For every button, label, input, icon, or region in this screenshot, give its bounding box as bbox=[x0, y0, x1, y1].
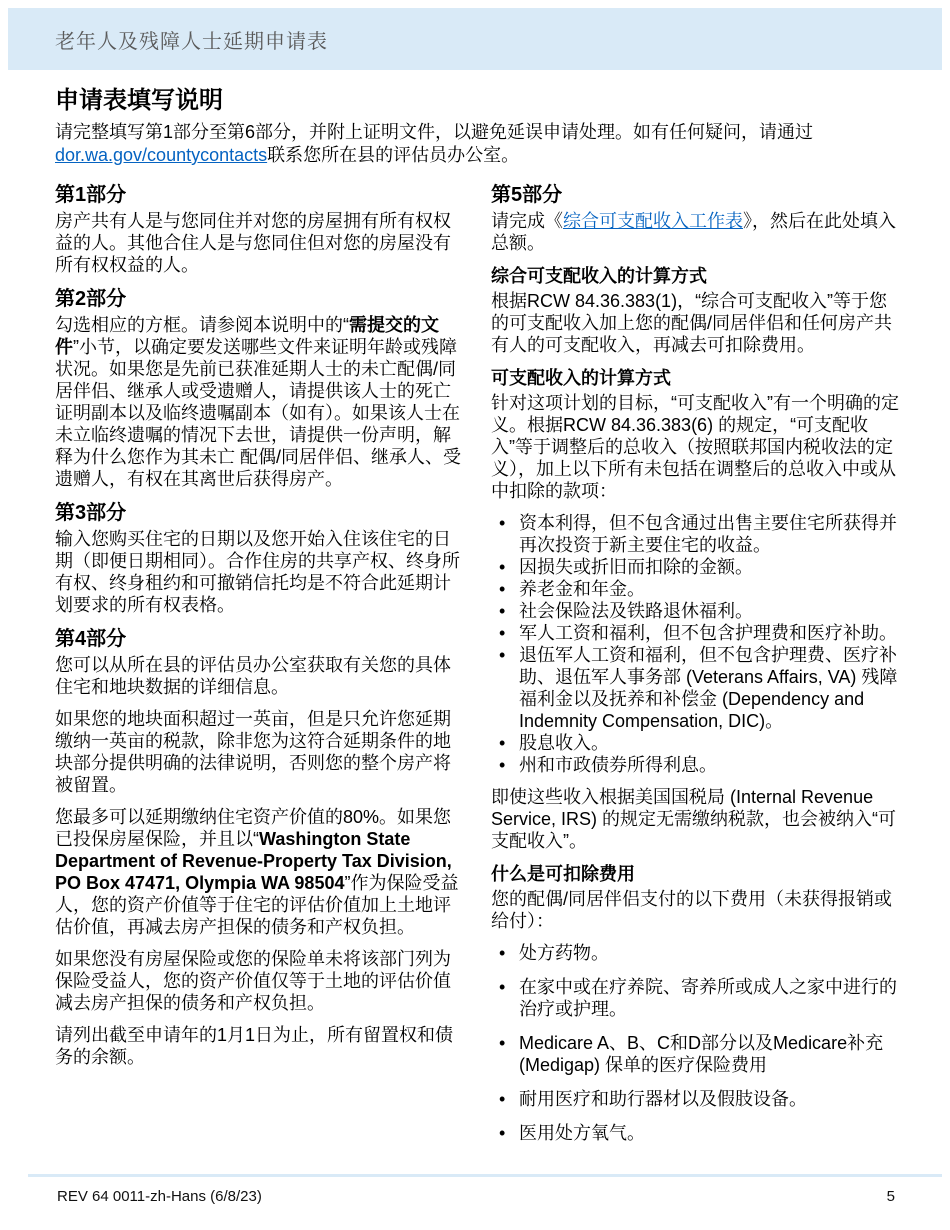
bullet-icon: • bbox=[491, 622, 519, 644]
body-paragraph: 您可以从所在县的评估员办公室获取有关您的具体住宅和地块数据的详细信息。 bbox=[55, 654, 463, 698]
bullet-icon: • bbox=[491, 1032, 519, 1076]
bullet-icon: • bbox=[491, 1088, 519, 1110]
text-run: 请列出截至申请年的1月1日为止，所有留置权和债务的余额。 bbox=[55, 1025, 453, 1067]
bullet-text: 军人工资和福利，但不包含护理费和医疗补助。 bbox=[519, 622, 897, 644]
page-footer: REV 64 0011-zh-Hans (6/8/23) 5 bbox=[57, 1188, 895, 1205]
bullet-icon: • bbox=[491, 600, 519, 622]
text-run: 如果您没有房屋保险或您的保险单未将该部门列为保险受益人，您的资产价值仅等于土地的… bbox=[55, 949, 451, 1013]
bullet-text: 资本利得，但不包含通过出售主要住宅所获得并再次投资于新主要住宅的收益。 bbox=[519, 512, 899, 556]
county-contacts-link[interactable]: dor.wa.gov/countycontacts bbox=[55, 145, 267, 165]
bullet-text: 耐用医疗和助行器材以及假肢设备。 bbox=[519, 1088, 807, 1110]
text-run: 输入您购买住宅的日期以及您开始入住该住宅的日期（即便日期相同）。合作住房的共享产… bbox=[55, 529, 460, 615]
body-paragraph: 输入您购买住宅的日期以及您开始入住该住宅的日期（即便日期相同）。合作住房的共享产… bbox=[55, 528, 463, 616]
bullet-icon: • bbox=[491, 732, 519, 754]
bullet-list: •处方药物。•在家中或在疗养院、寄养所或成人之家中进行的治疗或护理。•Medic… bbox=[491, 942, 899, 1144]
footer-page-number: 5 bbox=[887, 1188, 895, 1205]
bullet-icon: • bbox=[491, 1122, 519, 1144]
bullet-text: 养老金和年金。 bbox=[519, 578, 645, 600]
body-paragraph: 您的配偶/同居伴侣支付的以下费用（未获得报销或给付）： bbox=[491, 888, 899, 932]
text-run: 针对这项计划的目标，“可支配收入”有一个明确的定义。根据RCW 84.36.38… bbox=[491, 393, 899, 501]
bullet-text: 退伍军人工资和福利，但不包含护理费、医疗补助、退伍军人事务部 (Veterans… bbox=[519, 644, 899, 732]
bullet-item: •耐用医疗和助行器材以及假肢设备。 bbox=[491, 1088, 899, 1110]
body-paragraph: 根据RCW 84.36.383(1)，“综合可支配收入”等于您的可支配收入加上您… bbox=[491, 290, 899, 356]
body-paragraph: 如果您的地块面积超过一英亩，但是只允许您延期缴纳一英亩的税款，除非您为这符合延期… bbox=[55, 708, 463, 796]
bullet-text: 因损失或折旧而扣除的金额。 bbox=[519, 556, 753, 578]
bullet-item: •退伍军人工资和福利，但不包含护理费、医疗补助、退伍军人事务部 (Veteran… bbox=[491, 644, 899, 732]
bullet-item: •军人工资和福利，但不包含护理费和医疗补助。 bbox=[491, 622, 899, 644]
body-paragraph: 请列出截至申请年的1月1日为止，所有留置权和债务的余额。 bbox=[55, 1024, 463, 1068]
bullet-item: •Medicare A、B、C和D部分以及Medicare补充 (Medigap… bbox=[491, 1032, 899, 1076]
form-section: 第1部分房产共有人是与您同住并对您的房屋拥有所有权权益的人。其他合住人是与您同住… bbox=[55, 182, 463, 276]
body-paragraph: 针对这项计划的目标，“可支配收入”有一个明确的定义。根据RCW 84.36.38… bbox=[491, 392, 899, 502]
bullet-item: •在家中或在疗养院、寄养所或成人之家中进行的治疗或护理。 bbox=[491, 976, 899, 1020]
bullet-text: 州和市政债券所得利息。 bbox=[519, 754, 717, 776]
section-heading: 第1部分 bbox=[55, 182, 463, 208]
text-run: 请完整填写第1部分至第6部分，并附上证明文件，以避免延误申请处理。如有任何疑问，… bbox=[55, 122, 813, 142]
bullet-item: •因损失或折旧而扣除的金额。 bbox=[491, 556, 899, 578]
body-paragraph: 如果您没有房屋保险或您的保险单未将该部门列为保险受益人，您的资产价值仅等于土地的… bbox=[55, 948, 463, 1014]
form-section: 第4部分您可以从所在县的评估员办公室获取有关您的具体住宅和地块数据的详细信息。如… bbox=[55, 626, 463, 1068]
bullet-item: •养老金和年金。 bbox=[491, 578, 899, 600]
text-run: 联系您所在县的评估员办公室。 bbox=[267, 145, 519, 165]
combined-disposable-income-worksheet-link[interactable]: 综合可支配收入工作表 bbox=[563, 211, 743, 231]
text-run: 房产共有人是与您同住并对您的房屋拥有所有权权益的人。其他合住人是与您同住但对您的… bbox=[55, 211, 451, 275]
intro-paragraph: 请完整填写第1部分至第6部分，并附上证明文件，以避免延误申请处理。如有任何疑问，… bbox=[55, 121, 900, 167]
subsection-heading: 可支配收入的计算方式 bbox=[491, 366, 899, 390]
bullet-item: •处方药物。 bbox=[491, 942, 899, 964]
form-section: 第3部分输入您购买住宅的日期以及您开始入住该住宅的日期（即便日期相同）。合作住房… bbox=[55, 500, 463, 616]
bullet-item: •资本利得，但不包含通过出售主要住宅所获得并再次投资于新主要住宅的收益。 bbox=[491, 512, 899, 556]
page-content: 申请表填写说明 请完整填写第1部分至第6部分，并附上证明文件，以避免延误申请处理… bbox=[55, 86, 900, 1154]
document-header-bar: 老年人及残障人士延期申请表 bbox=[8, 8, 942, 70]
body-paragraph: 房产共有人是与您同住并对您的房屋拥有所有权权益的人。其他合住人是与您同住但对您的… bbox=[55, 210, 463, 276]
document-header-title: 老年人及残障人士延期申请表 bbox=[55, 25, 328, 54]
two-column-layout: 第1部分房产共有人是与您同住并对您的房屋拥有所有权权益的人。其他合住人是与您同住… bbox=[55, 182, 900, 1154]
bullet-icon: • bbox=[491, 644, 519, 732]
text-run: 勾选相应的方框。请参阅本说明中的“ bbox=[55, 315, 349, 335]
text-run: 您的配偶/同居伴侣支付的以下费用（未获得报销或给付）： bbox=[491, 889, 892, 931]
text-run: 请完成《 bbox=[491, 211, 563, 231]
section-heading: 第3部分 bbox=[55, 500, 463, 526]
right-column: 第5部分请完成《综合可支配收入工作表》，然后在此处填入总额。综合可支配收入的计算… bbox=[491, 182, 899, 1154]
text-run: 您可以从所在县的评估员办公室获取有关您的具体住宅和地块数据的详细信息。 bbox=[55, 655, 451, 697]
bullet-icon: • bbox=[491, 976, 519, 1020]
bullet-text: 医用处方氧气。 bbox=[519, 1122, 645, 1144]
bullet-text: 在家中或在疗养院、寄养所或成人之家中进行的治疗或护理。 bbox=[519, 976, 899, 1020]
bullet-list: •资本利得，但不包含通过出售主要住宅所获得并再次投资于新主要住宅的收益。•因损失… bbox=[491, 512, 899, 776]
bullet-item: •医用处方氧气。 bbox=[491, 1122, 899, 1144]
text-run: 如果您的地块面积超过一英亩，但是只允许您延期缴纳一英亩的税款，除非您为这符合延期… bbox=[55, 709, 451, 795]
bullet-item: •社会保险法及铁路退休福利。 bbox=[491, 600, 899, 622]
body-paragraph: 即使这些收入根据美国国税局 (Internal Revenue Service,… bbox=[491, 786, 899, 852]
bullet-item: •州和市政债券所得利息。 bbox=[491, 754, 899, 776]
text-run: 根据RCW 84.36.383(1)，“综合可支配收入”等于您的可支配收入加上您… bbox=[491, 291, 892, 355]
bullet-icon: • bbox=[491, 754, 519, 776]
bullet-item: •股息收入。 bbox=[491, 732, 899, 754]
text-run: 即使这些收入根据美国国税局 (Internal Revenue Service,… bbox=[491, 787, 896, 851]
footer-divider bbox=[28, 1174, 942, 1177]
bullet-icon: • bbox=[491, 942, 519, 964]
bullet-text: Medicare A、B、C和D部分以及Medicare补充 (Medigap)… bbox=[519, 1032, 899, 1076]
section-heading: 第4部分 bbox=[55, 626, 463, 652]
subsection-heading: 综合可支配收入的计算方式 bbox=[491, 264, 899, 288]
body-paragraph: 勾选相应的方框。请参阅本说明中的“需提交的文件”小节，以确定要发送哪些文件来证明… bbox=[55, 314, 463, 490]
bullet-text: 社会保险法及铁路退休福利。 bbox=[519, 600, 753, 622]
text-run: ”小节，以确定要发送哪些文件来证明年龄或残障状况。如果您是先前已获准延期人士的未… bbox=[55, 337, 461, 489]
body-paragraph: 您最多可以延期缴纳住宅资产价值的80%。如果您已投保房屋保险，并且以“Washi… bbox=[55, 806, 463, 938]
left-column: 第1部分房产共有人是与您同住并对您的房屋拥有所有权权益的人。其他合住人是与您同住… bbox=[55, 182, 463, 1154]
bullet-icon: • bbox=[491, 578, 519, 600]
bullet-text: 处方药物。 bbox=[519, 942, 609, 964]
body-paragraph: 请完成《综合可支配收入工作表》，然后在此处填入总额。 bbox=[491, 210, 899, 254]
bullet-icon: • bbox=[491, 512, 519, 556]
bullet-icon: • bbox=[491, 556, 519, 578]
page-title: 申请表填写说明 bbox=[55, 86, 900, 116]
bullet-text: 股息收入。 bbox=[519, 732, 609, 754]
form-section: 第2部分勾选相应的方框。请参阅本说明中的“需提交的文件”小节，以确定要发送哪些文… bbox=[55, 286, 463, 490]
subsection-heading: 什么是可扣除费用 bbox=[491, 862, 899, 886]
section-heading: 第2部分 bbox=[55, 286, 463, 312]
section-heading: 第5部分 bbox=[491, 182, 899, 208]
footer-doc-number: REV 64 0011-zh-Hans (6/8/23) bbox=[57, 1188, 262, 1205]
